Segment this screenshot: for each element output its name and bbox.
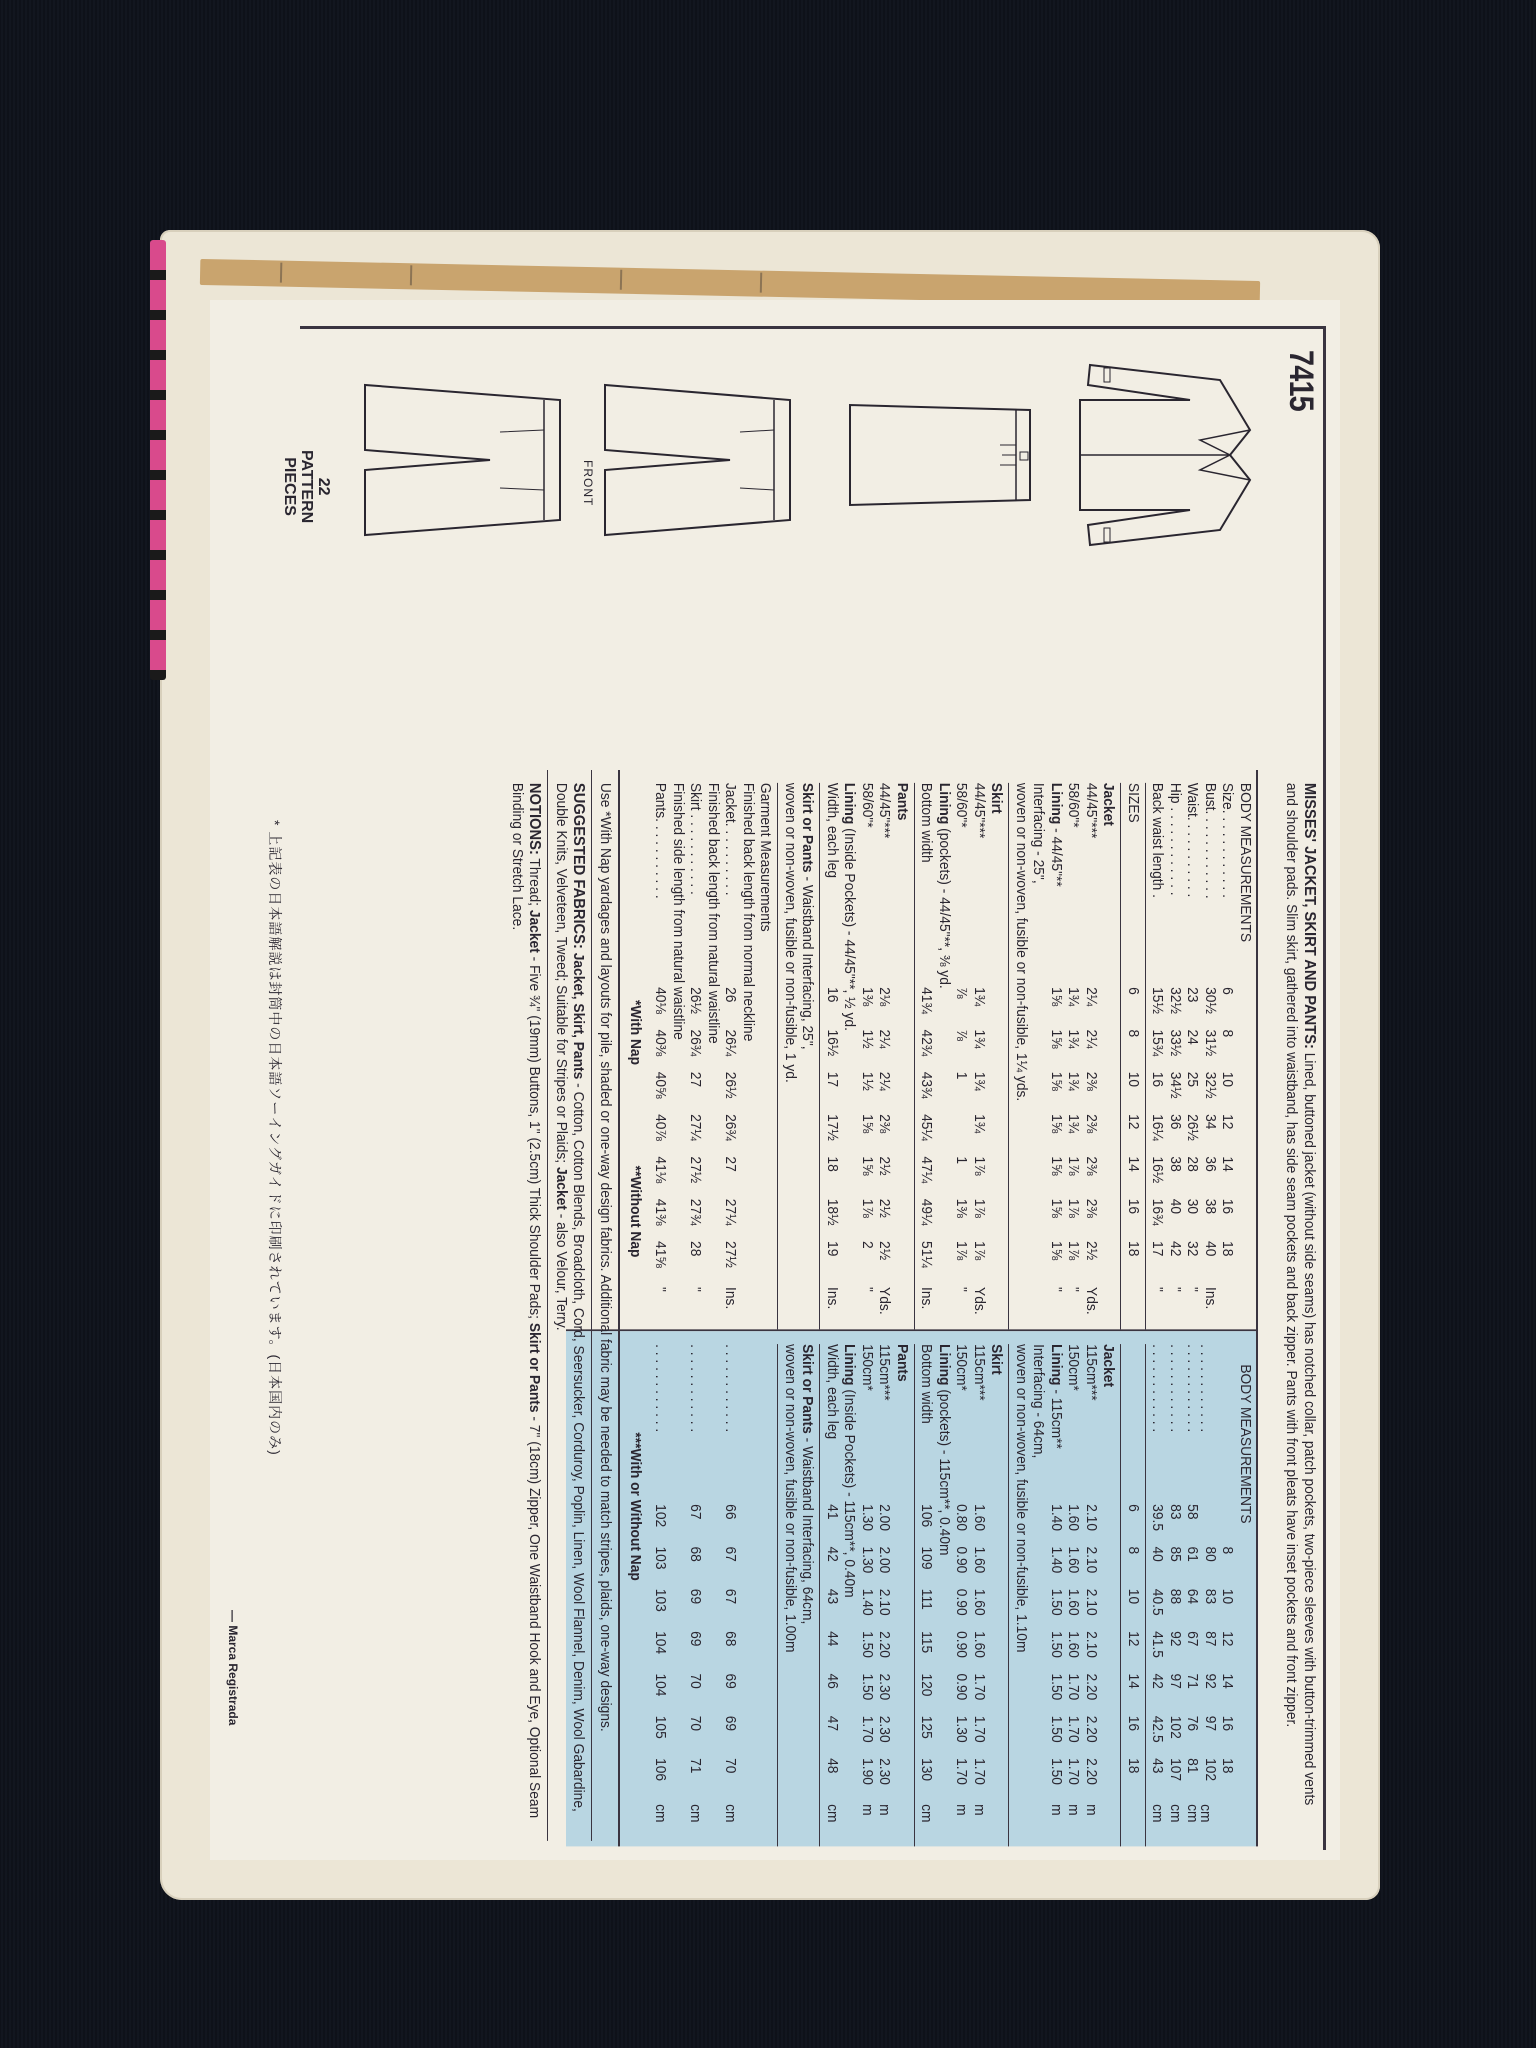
- metric-skirt-section: Skirt115cm***1.601.601.601.601.701.701.7…: [918, 1331, 1006, 1846]
- cell-value: 0.90: [953, 1673, 971, 1715]
- cell-value: 40: [1167, 1199, 1185, 1241]
- row-label: 58/60"*: [859, 783, 877, 828]
- table-row: . . . . . . . . . . . .58616467717681cm: [1184, 1344, 1202, 1839]
- cell-value: 40⅝: [652, 1072, 670, 1114]
- cell-value: 17: [1149, 1241, 1167, 1283]
- cell-value: 28: [1184, 1156, 1202, 1198]
- cell-value: 2.20: [1083, 1758, 1101, 1800]
- cell-value: 104: [652, 1673, 670, 1715]
- cell-value: [1202, 1504, 1220, 1546]
- cell-value: 51¼: [918, 1241, 936, 1283]
- row-label: 115cm***: [876, 1344, 894, 1401]
- cell-value: 106: [918, 1504, 936, 1546]
- cell-value: 1.50: [1048, 1758, 1066, 1800]
- unit-label: cm: [687, 1800, 705, 1839]
- row-text: Finished side length from natural waistl…: [670, 783, 688, 1322]
- row-text: [670, 1344, 688, 1839]
- cell-value: 16½: [824, 1029, 842, 1071]
- row-text: woven or non-woven, fusible or non-fusib…: [1013, 1344, 1031, 1839]
- cell-value: 1.60: [1065, 1504, 1083, 1546]
- cell-value: 2.10: [1083, 1589, 1101, 1631]
- cell-value: 2.30: [876, 1716, 894, 1758]
- cell-value: 1⅞: [971, 1156, 989, 1198]
- cell-value: 1.40: [1048, 1504, 1066, 1546]
- unit-label: cm: [1149, 1800, 1167, 1839]
- cell-value: 43: [1149, 1758, 1167, 1800]
- pattern-description: MISSES' JACKET, SKIRT AND PANTS: Lined, …: [1283, 770, 1340, 1832]
- cell-value: 2⅜: [1083, 1072, 1101, 1114]
- cell-value: 1¾: [971, 987, 989, 1029]
- cell-value: 115: [918, 1631, 936, 1673]
- cell-value: 81: [1184, 1758, 1202, 1800]
- unit-label: ": [1184, 1283, 1202, 1322]
- row-label: 150cm*: [1065, 1344, 1083, 1391]
- row-label: 44/45"***: [876, 783, 894, 839]
- cell-value: 1.70: [971, 1716, 989, 1758]
- cell-value: 17½: [824, 1114, 842, 1156]
- size-value: 8: [1125, 1546, 1143, 1588]
- illustration-column: 7415 FRONT: [210, 300, 1340, 760]
- cell-value: 6: [1219, 987, 1237, 1029]
- cell-value: 69: [722, 1716, 740, 1758]
- cell-value: 32½: [1167, 987, 1185, 1029]
- cell-value: 2.10: [1083, 1546, 1101, 1588]
- cell-value: 1⅞: [1065, 1241, 1083, 1283]
- cell-value: 0.90: [953, 1631, 971, 1673]
- cell-value: 15½: [1149, 987, 1167, 1029]
- cell-value: 41¾: [918, 987, 936, 1029]
- cell-value: 1.70: [953, 1758, 971, 1800]
- unit-label: m: [1048, 1800, 1066, 1839]
- cell-value: 71: [1184, 1673, 1202, 1715]
- pieces-label: PATTERN: [298, 450, 315, 523]
- cell-value: 67: [687, 1504, 705, 1546]
- size-value: 8: [1125, 1029, 1143, 1071]
- nap-note: Use *With Nap yardages and layouts for p…: [592, 770, 619, 1841]
- table-row: Size. . . . . . . . . . . .681012141618: [1219, 783, 1237, 1322]
- skirt-or-pants-text: woven or non-woven, fusible or non-fusib…: [782, 783, 800, 1083]
- cell-value: 24: [1184, 1029, 1202, 1071]
- table-row: Lining - 44/45"**1⅝1⅝1⅝1⅝1⅝1⅝1⅝": [1048, 783, 1066, 1322]
- cell-value: 85: [1167, 1546, 1185, 1588]
- cell-value: 2⅜: [1083, 1199, 1101, 1241]
- metric-skirt-or-pants: Skirt or Pants - Waistband Interfacing, …: [782, 1331, 817, 1846]
- table-row: . . . . . . . . . . . .8083879297102cm: [1202, 1344, 1220, 1839]
- pattern-back-page: 7415 FRONT: [210, 300, 1340, 1860]
- row-text: woven or non-woven, fusible or non-fusib…: [1013, 783, 1031, 1322]
- table-row: Width, each leg1616½1717½1818½19Ins.: [824, 783, 842, 1322]
- imperial-skirt-or-pants: Skirt or Pants - Waistband Interfacing, …: [782, 770, 817, 1329]
- table-row: Bottom width41¾42¾43¾45¼47¼49¼51¼Ins.: [918, 783, 936, 1322]
- unit-label: Ins.: [918, 1283, 936, 1322]
- cell-value: 88: [1167, 1589, 1185, 1631]
- cell-value: 8: [1219, 1546, 1237, 1588]
- cell-value: 12: [1219, 1114, 1237, 1156]
- pink-envelope-edge: [150, 240, 166, 680]
- cell-value: 2⅛: [876, 987, 894, 1029]
- cell-value: 34: [1202, 1114, 1220, 1156]
- body-measurements-heading: BODY MEASUREMENTS: [1237, 1364, 1255, 1523]
- cell-value: 16: [1149, 1072, 1167, 1114]
- table-row: Hip . . . . . . . . . . . .32½33½34½3638…: [1167, 783, 1185, 1322]
- cell-value: 1.40: [859, 1589, 877, 1631]
- cell-value: 1⅝: [1048, 1199, 1066, 1241]
- cell-value: 83: [1202, 1589, 1220, 1631]
- cell-value: 15¾: [1149, 1029, 1167, 1071]
- row-text: Interfacing - 25",: [1030, 783, 1048, 1322]
- cell-value: 1.50: [1048, 1716, 1066, 1758]
- nap-legend: *With Nap **Without Nap ***With or Witho…: [622, 770, 648, 1846]
- table-row: . . . . . . . . . . . .39.54040.541.5424…: [1149, 1344, 1167, 1839]
- row-label: . . . . . . . . . . . .: [1167, 1344, 1185, 1432]
- cell-value: 49¼: [918, 1199, 936, 1241]
- row-label: 115cm***: [971, 1344, 989, 1401]
- cell-value: 125: [918, 1716, 936, 1758]
- table-row: 150cm*0.800.900.900.900.901.301.70m: [953, 1344, 971, 1839]
- cell-value: 104: [652, 1631, 670, 1673]
- cell-value: 27¼: [722, 1199, 740, 1241]
- cell-value: 42: [1167, 1241, 1185, 1283]
- cell-value: 1⅝: [1048, 1114, 1066, 1156]
- unit-label: m: [859, 1800, 877, 1839]
- cell-value: 76: [1184, 1716, 1202, 1758]
- cell-value: 2¼: [1083, 1029, 1101, 1071]
- cell-value: 2.10: [1083, 1631, 1101, 1673]
- table-row: Lining - 115cm**1.401.401.501.501.501.50…: [1048, 1344, 1066, 1839]
- imperial-sizes-row: SIZES681012141618: [1125, 770, 1143, 1329]
- cell-value: 28: [687, 1241, 705, 1283]
- cell-value: 25: [1184, 1072, 1202, 1114]
- notions-title: NOTIONS:: [527, 783, 544, 855]
- cell-value: 41⅛: [652, 1156, 670, 1198]
- cell-value: 16¾: [1149, 1199, 1167, 1241]
- cell-value: 58: [1184, 1504, 1202, 1546]
- cell-value: ⅞: [953, 987, 971, 1029]
- cell-value: 1⅝: [1048, 987, 1066, 1029]
- cell-value: 1.30: [859, 1546, 877, 1588]
- unit-label: ": [859, 1283, 877, 1322]
- cell-value: 1.30: [953, 1716, 971, 1758]
- cell-value: 2⅜: [1083, 1114, 1101, 1156]
- cell-value: 2½: [876, 1241, 894, 1283]
- cell-value: 1.50: [1048, 1631, 1066, 1673]
- cell-value: 30: [1184, 1199, 1202, 1241]
- cell-value: 70: [722, 1758, 740, 1800]
- cell-value: 69: [722, 1673, 740, 1715]
- cell-value: 38: [1202, 1199, 1220, 1241]
- cell-value: 107: [1167, 1758, 1185, 1800]
- cell-value: 1.70: [971, 1758, 989, 1800]
- cell-value: 67: [1184, 1631, 1202, 1673]
- unit-label: ": [1048, 1283, 1066, 1322]
- table-row: 115cm***2.002.002.102.202.302.302.30m: [876, 1344, 894, 1839]
- cell-value: 1⅞: [971, 1241, 989, 1283]
- cell-value: 1¾: [1065, 1072, 1083, 1114]
- table-row: Pants. . . . . . . . . . .40⅛40⅜40⅝40⅞41…: [652, 783, 670, 1322]
- pieces-number: 22: [315, 450, 332, 523]
- cell-value: 18: [1219, 1758, 1237, 1800]
- cell-value: 16¼: [1149, 1114, 1167, 1156]
- table-row: 44/45"***2⅛2¼2¼2⅜2½2½2½Yds.: [876, 783, 894, 1322]
- cell-value: 1.50: [1048, 1589, 1066, 1631]
- cell-value: 2.10: [876, 1589, 894, 1631]
- cell-value: 17: [824, 1072, 842, 1114]
- imperial-body-rows: Size. . . . . . . . . . . .681012141618B…: [1149, 783, 1237, 1322]
- size-value: 12: [1125, 1631, 1143, 1673]
- cell-value: 42: [824, 1546, 842, 1588]
- cell-value: 102: [1202, 1758, 1220, 1800]
- cell-value: 27: [722, 1156, 740, 1198]
- cell-value: 1⅜: [953, 1199, 971, 1241]
- cell-value: 40: [1149, 1546, 1167, 1588]
- cell-value: 27¾: [687, 1199, 705, 1241]
- cell-value: 67: [722, 1546, 740, 1588]
- cell-value: 106: [652, 1758, 670, 1800]
- front-label: FRONT: [581, 460, 595, 506]
- unit-label: Yds.: [876, 1283, 894, 1322]
- table-row: 115cm***2.102.102.102.102.202.202.20m: [1083, 1344, 1101, 1839]
- row-label: Width, each leg: [824, 1344, 842, 1439]
- cell-value: 39.5: [1149, 1504, 1167, 1546]
- cell-value: 70: [687, 1673, 705, 1715]
- cell-value: 44: [824, 1631, 842, 1673]
- cell-value: 1⅞: [971, 1199, 989, 1241]
- cell-value: 1⅝: [1048, 1241, 1066, 1283]
- cell-value: 36: [1202, 1156, 1220, 1198]
- cell-value: 1.60: [971, 1631, 989, 1673]
- cell-value: 1¾: [1065, 1114, 1083, 1156]
- cell-value: 1.60: [971, 1546, 989, 1588]
- cell-value: 43¾: [918, 1072, 936, 1114]
- cell-value: 18: [824, 1156, 842, 1198]
- metric-body-measurements: BODY MEASUREMENTS 81012141618. . . . . .…: [1149, 1331, 1256, 1846]
- cell-value: 61: [1184, 1546, 1202, 1588]
- cell-value: 26¼: [722, 1029, 740, 1071]
- unit-label: cm: [918, 1800, 936, 1839]
- pants-back-icon: [360, 360, 570, 560]
- table-row: Bust. . . . . . . . . . . .30½31½32½3436…: [1202, 783, 1220, 1322]
- cell-value: 68: [722, 1631, 740, 1673]
- row-text: [757, 1344, 775, 1839]
- cell-value: 87: [1202, 1631, 1220, 1673]
- unit-label: Ins.: [722, 1283, 740, 1322]
- cell-value: 103: [652, 1546, 670, 1588]
- notions-text: Thread;: [527, 855, 544, 910]
- row-label: Hip . . . . . . . . . . . .: [1167, 783, 1185, 896]
- cell-value: [1219, 1504, 1237, 1546]
- cell-value: 69: [687, 1589, 705, 1631]
- cell-value: 42.5: [1149, 1716, 1167, 1758]
- table-row: 81012141618: [1219, 1344, 1237, 1839]
- row-label: Bottom width: [918, 783, 936, 863]
- table-row: 44/45"***2¼2¼2⅜2⅜2⅜2⅜2½Yds.: [1083, 783, 1101, 1322]
- row-text: [740, 1344, 758, 1839]
- cell-value: 1⅞: [953, 1241, 971, 1283]
- cell-value: 16: [1219, 1199, 1237, 1241]
- row-label: 150cm*: [953, 1344, 971, 1391]
- cell-value: 26: [722, 987, 740, 1029]
- table-row: Width, each leg41424344464748cm: [824, 1344, 842, 1839]
- body-measurements-heading: BODY MEASUREMENTS: [1237, 783, 1255, 942]
- section-heading: Pants: [894, 783, 912, 1322]
- row-label: Lining - 44/45"**: [1048, 783, 1066, 887]
- cell-value: 26¾: [687, 1029, 705, 1071]
- cell-value: 102: [1167, 1716, 1185, 1758]
- size-value: 6: [1125, 987, 1143, 1029]
- cell-value: 1.50: [1048, 1673, 1066, 1715]
- unit-label: m: [1083, 1800, 1101, 1839]
- cell-value: 27: [687, 1072, 705, 1114]
- cell-value: 2½: [876, 1156, 894, 1198]
- cell-value: 1½: [859, 1072, 877, 1114]
- row-label: 150cm*: [859, 1344, 877, 1391]
- cell-value: 1.60: [1065, 1589, 1083, 1631]
- cell-value: 1.50: [859, 1631, 877, 1673]
- cell-value: 2⅜: [876, 1114, 894, 1156]
- cell-value: 1⅝: [1048, 1029, 1066, 1071]
- row-label: Width, each leg: [824, 783, 842, 878]
- pants-front-icon: [600, 360, 800, 560]
- unit-label: Ins.: [824, 1283, 842, 1322]
- row-label: Pants. . . . . . . . . . .: [652, 783, 670, 899]
- section-heading: Pants: [894, 1344, 912, 1839]
- size-value: 18: [1125, 1758, 1143, 1800]
- cell-value: 1¾: [1065, 1029, 1083, 1071]
- row-text: Finished back length from natural waistl…: [705, 783, 723, 1322]
- pattern-content: MISSES' JACKET, SKIRT AND PANTS: Lined, …: [210, 770, 1340, 1773]
- cell-value: 2.00: [876, 1504, 894, 1546]
- lining-row: Lining (Inside Pockets) - 115cm**, 0.40m: [841, 1344, 859, 1839]
- size-value: 10: [1125, 1589, 1143, 1631]
- cell-value: 130: [918, 1758, 936, 1800]
- row-label: . . . . . . . . . . . .: [687, 1344, 705, 1432]
- unit-label: ": [687, 1283, 705, 1322]
- cell-value: 1: [953, 1156, 971, 1198]
- unit-label: cm: [1184, 1800, 1202, 1839]
- row-label: 44/45"***: [1083, 783, 1101, 839]
- cell-value: 1⅝: [859, 1114, 877, 1156]
- cell-value: 27½: [722, 1241, 740, 1283]
- cell-value: 40: [1202, 1241, 1220, 1283]
- cell-value: 1.60: [1065, 1546, 1083, 1588]
- row-text: [705, 1344, 723, 1839]
- row-label: Jacket. . . . . . . . . .: [722, 783, 740, 896]
- cell-value: 23: [1184, 987, 1202, 1029]
- cell-value: 19: [824, 1241, 842, 1283]
- cell-value: 1⅝: [1048, 1156, 1066, 1198]
- cell-value: 42: [1149, 1673, 1167, 1715]
- cell-value: 2½: [1083, 1241, 1101, 1283]
- fabrics-jacket-list: - also Velour, Terry.: [553, 1210, 570, 1331]
- cell-value: 41⅜: [652, 1199, 670, 1241]
- cell-value: 1.70: [1065, 1673, 1083, 1715]
- cell-value: 16½: [1149, 1156, 1167, 1198]
- metric-garment-measurements: . . . . . . . . . . . .66676768696970cm.…: [652, 1331, 775, 1846]
- table-row: Bottom width106109111115120125130cm: [918, 1344, 936, 1839]
- row-label: Lining - 115cm**: [1048, 1344, 1066, 1449]
- imperial-garment-measurements: Garment MeasurementsFinished back length…: [652, 770, 775, 1329]
- cell-value: 1⅝: [1048, 1072, 1066, 1114]
- lining-row: Lining (pockets) - 115cm**, 0.40m: [936, 1344, 954, 1839]
- cell-value: 1.30: [859, 1504, 877, 1546]
- cell-value: 1⅞: [859, 1199, 877, 1241]
- fabrics-title: SUGGESTED FABRICS:: [571, 783, 588, 949]
- cell-value: 2¼: [876, 1072, 894, 1114]
- cell-value: 1.90: [859, 1758, 877, 1800]
- table-row: . . . . . . . . . . . .66676768696970cm: [722, 1344, 740, 1839]
- without-nap-label: **Without Nap: [627, 1166, 645, 1258]
- cell-value: 40⅛: [652, 987, 670, 1029]
- imperial-panel: BODY MEASUREMENTS Size. . . . . . . . . …: [566, 770, 1256, 1331]
- cell-value: 1⅝: [859, 1156, 877, 1198]
- table-row: Skirt . . . . . . . . . . .26½26¾2727¼27…: [687, 783, 705, 1322]
- unit-label: cm: [824, 1800, 842, 1839]
- pattern-pieces-count: 22 PATTERN PIECES: [281, 450, 332, 523]
- cell-value: 105: [652, 1716, 670, 1758]
- pattern-notes: Use *With Nap yardages and layouts for p…: [505, 770, 621, 1846]
- unit-label: Ins.: [1202, 1283, 1220, 1322]
- notions-text: - Five ¾" (19mm) Buttons, 1" (2.5cm) Thi…: [527, 953, 544, 1323]
- table-row: Jacket. . . . . . . . . .2626¼26½26¾2727…: [722, 783, 740, 1322]
- cell-value: 1.60: [971, 1504, 989, 1546]
- size-value: 6: [1125, 1504, 1143, 1546]
- pieces-label: PIECES: [281, 450, 298, 523]
- row-label: Bust. . . . . . . . . . . .: [1202, 783, 1220, 899]
- cell-value: 26½: [722, 1072, 740, 1114]
- cell-value: 32½: [1202, 1072, 1220, 1114]
- cell-value: 32: [1184, 1241, 1202, 1283]
- table-row: 115cm***1.601.601.601.601.701.701.70m: [971, 1344, 989, 1839]
- metric-jacket-section: Jacket115cm***2.102.102.102.102.202.202.…: [1013, 1331, 1118, 1846]
- cell-value: 83: [1167, 1504, 1185, 1546]
- unit-label: ": [652, 1283, 670, 1322]
- skirt-or-pants-label: Skirt or Pants: [800, 1344, 817, 1434]
- cell-value: 92: [1202, 1673, 1220, 1715]
- notions: NOTIONS: Thread; Jacket - Five ¾" (19mm)…: [505, 770, 548, 1841]
- cell-value: 2.20: [1083, 1716, 1101, 1758]
- row-text: Interfacing - 64cm,: [1030, 1344, 1048, 1839]
- unit-label: ": [1149, 1283, 1167, 1322]
- table-row: 58/60"*⅞⅞111⅜1⅞": [953, 783, 971, 1322]
- cell-value: 48: [824, 1758, 842, 1800]
- cell-value: 1.70: [859, 1716, 877, 1758]
- cell-value: 26½: [687, 987, 705, 1029]
- unit-label: cm: [652, 1800, 670, 1839]
- cell-value: 1¾: [971, 1072, 989, 1114]
- cell-value: 18½: [824, 1199, 842, 1241]
- cell-value: 14: [1219, 1156, 1237, 1198]
- unit-label: m: [1065, 1800, 1083, 1839]
- metric-sizes-row: 681012141618: [1125, 1331, 1143, 1846]
- unit-label: Yds.: [971, 1283, 989, 1322]
- cell-value: 2.20: [1083, 1673, 1101, 1715]
- cell-value: 31½: [1202, 1029, 1220, 1071]
- cell-value: 0.90: [953, 1546, 971, 1588]
- lining-row: Lining (pockets) - 44/45"**, ⅜ yd.: [936, 783, 954, 1322]
- cell-value: 68: [687, 1546, 705, 1588]
- cell-value: 2.20: [876, 1631, 894, 1673]
- cell-value: 41.5: [1149, 1631, 1167, 1673]
- cell-value: 1¾: [971, 1029, 989, 1071]
- cell-value: 45¼: [918, 1114, 936, 1156]
- unit-label: m: [971, 1800, 989, 1839]
- section-heading: Skirt: [988, 1344, 1006, 1839]
- cell-value: 10: [1219, 1589, 1237, 1631]
- cell-value: 97: [1202, 1716, 1220, 1758]
- notions-jacket: Jacket: [527, 910, 544, 953]
- cell-value: 103: [652, 1589, 670, 1631]
- row-label: Waist. . . . . . . . . . .: [1184, 783, 1202, 898]
